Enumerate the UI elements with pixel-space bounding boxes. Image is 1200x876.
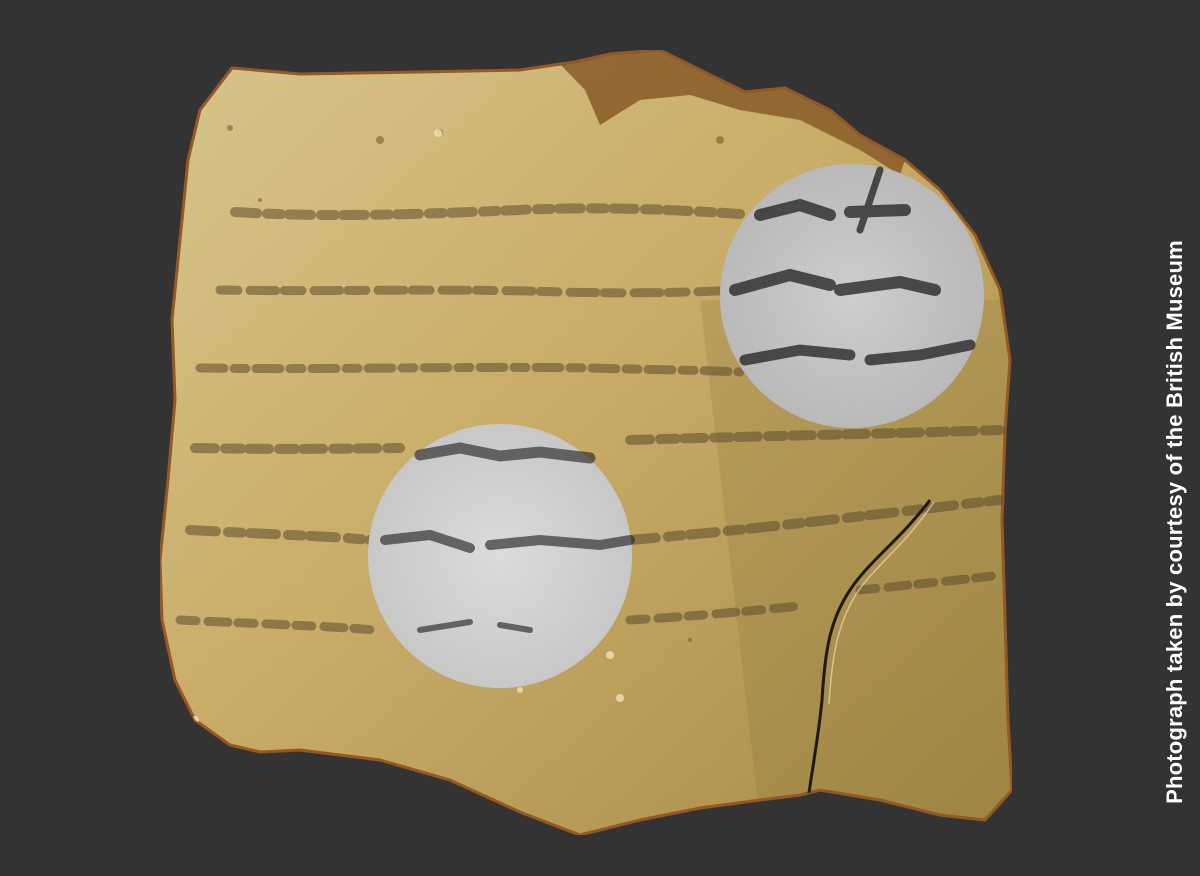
ostracon-photograph bbox=[0, 0, 1200, 876]
fragment-body bbox=[160, 50, 1012, 835]
enhanced-detail-upper-right bbox=[720, 164, 984, 428]
enhanced-detail-lower-left bbox=[368, 424, 632, 688]
photo-credit: Photograph taken by courtesy of the Brit… bbox=[1162, 240, 1188, 804]
photo-stage: Photograph taken by courtesy of the Brit… bbox=[0, 0, 1200, 876]
